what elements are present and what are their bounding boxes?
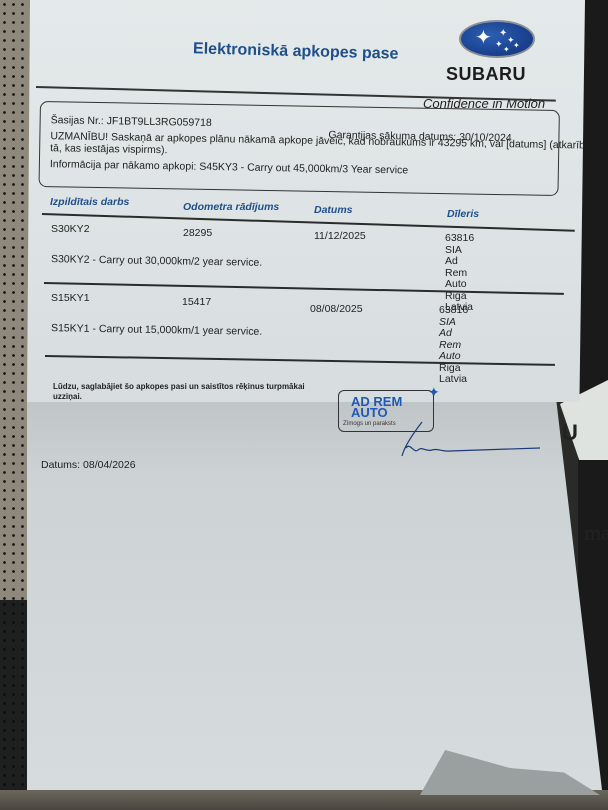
other-paper-text: ma: [584, 520, 608, 546]
header-odometer: Odometra rādījums: [183, 201, 279, 213]
service-warning-line2: tā, kas iestājas vispirms).: [50, 142, 167, 156]
next-service-info: Informācija par nākamo apkopi: S45KY3 - …: [50, 158, 409, 176]
header-divider: [36, 86, 556, 102]
row1-odometer: 28295: [183, 227, 212, 239]
chassis-number: Šasijas Nr.: JF1BT9LL3RG059718: [51, 114, 212, 129]
perforated-seat-shadow: [0, 600, 30, 810]
dealer-country: Latvia: [439, 374, 468, 386]
subaru-pleiades-oval-icon: ✦ ✦ ✦ ✦ ✦ ✦: [459, 20, 535, 58]
row2-work-code: S15KY1: [51, 292, 90, 304]
stamp-line2: AUTO: [351, 407, 388, 419]
dealer-id: 63816: [445, 233, 474, 245]
row1-work-code: S30KY2: [51, 223, 90, 235]
keep-passport-note: Lūdzu, saglabājiet šo apkopes pasi un sa…: [53, 382, 313, 401]
header-work-done: Izpildītais darbs: [50, 196, 129, 208]
document-title: Elektroniskā apkopes pase: [193, 40, 399, 63]
vehicle-info-box: Šasijas Nr.: JF1BT9LL3RG059718 Garantija…: [38, 101, 559, 196]
dealer-name: SIA Ad Rem Auto: [439, 317, 468, 363]
dealer-name: SIA Ad Rem Auto: [445, 245, 474, 291]
stamp-subtext: Zīmogs un paraksts: [343, 421, 396, 427]
row2-odometer: 15417: [182, 296, 211, 308]
header-date: Datums: [314, 204, 353, 216]
brand-name: SUBARU: [446, 64, 526, 85]
print-date: Datums: 08/04/2026: [41, 459, 136, 471]
row1-date: 11/12/2025: [314, 230, 366, 242]
header-dealer: Dīleris: [447, 208, 479, 220]
sparkle-star-icon: ✦: [428, 384, 440, 401]
other-paper-text: U: [562, 420, 578, 446]
row2-dealer: 63816 SIA Ad Rem Auto Riga Latvia: [439, 305, 468, 386]
dealer-id: 63816: [439, 305, 468, 317]
row1-dealer: 63816 SIA Ad Rem Auto Riga Latvia: [445, 233, 474, 314]
signature: [392, 420, 542, 460]
row2-date: 08/08/2025: [310, 303, 363, 315]
